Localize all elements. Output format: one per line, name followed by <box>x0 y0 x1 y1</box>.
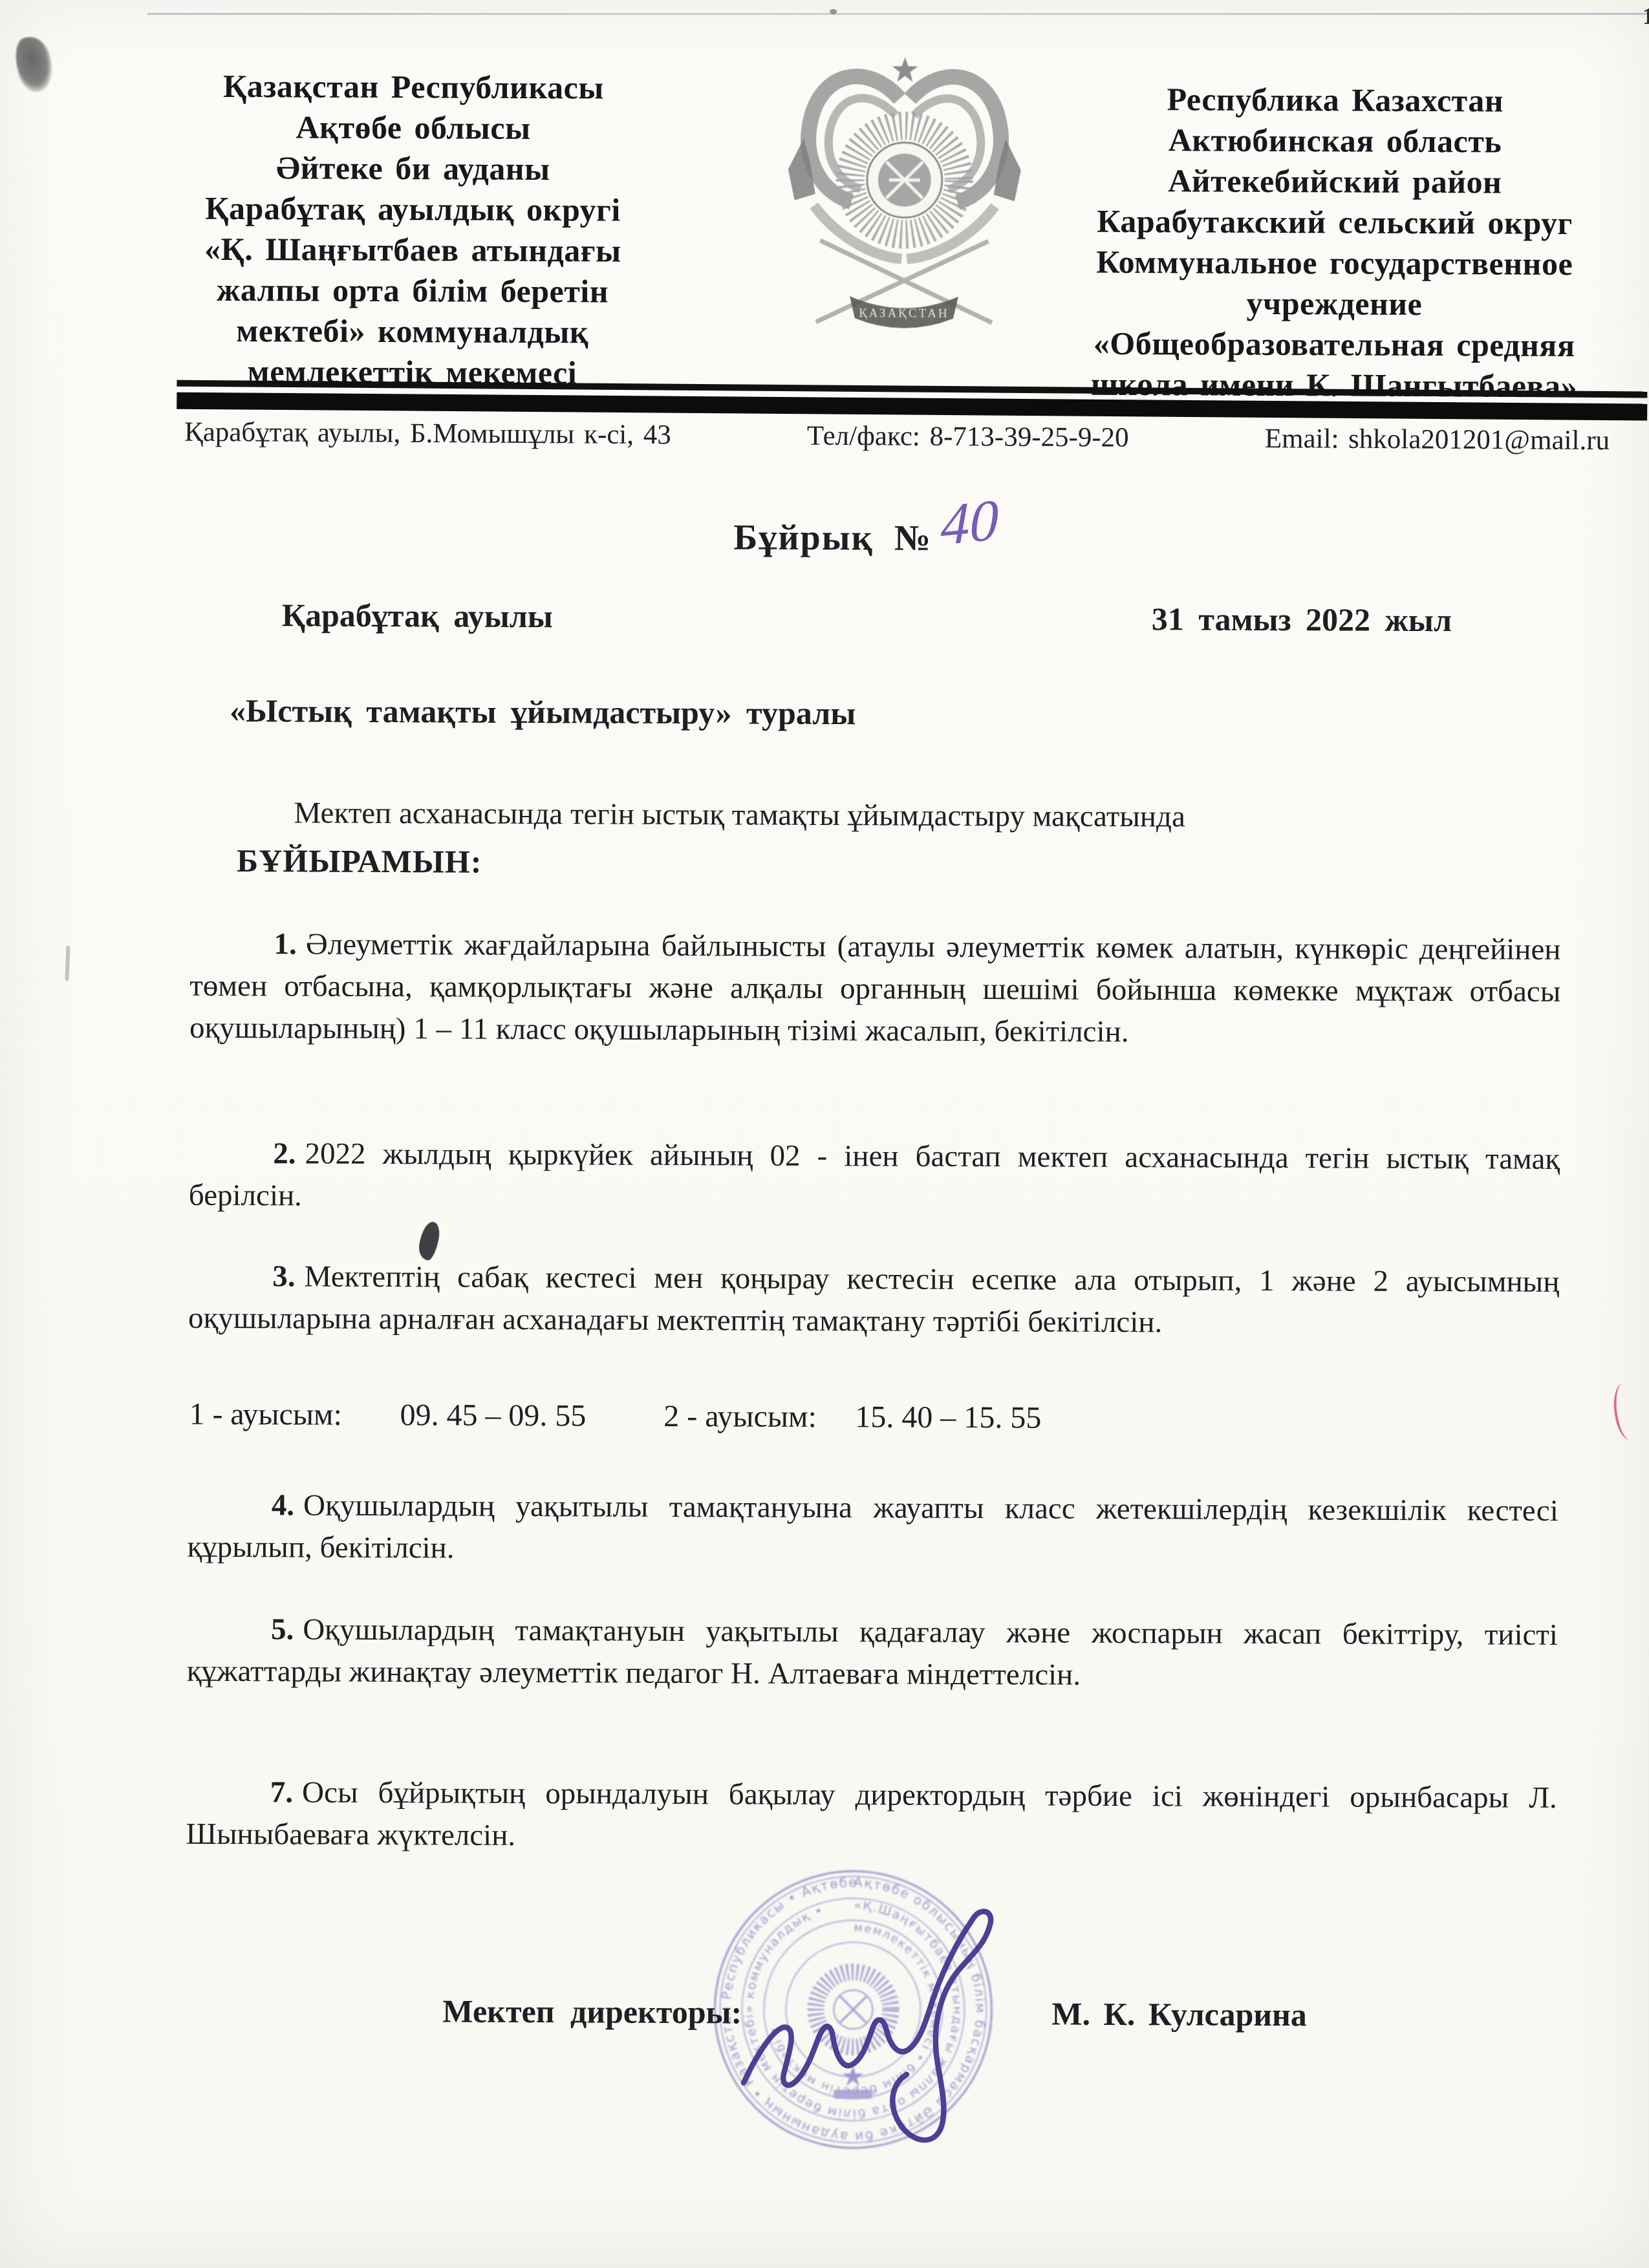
scanned-order-document: 1 Қазақстан Республикасы Ақтөбе облысы Ә… <box>0 0 1649 2268</box>
shift1-time: 09. 45 – 09. 55 <box>400 1397 586 1433</box>
item-text: Оқушылардың тамақтануын уақытылы қадағал… <box>187 1613 1558 1692</box>
scan-artifact-ink-blob <box>417 1220 442 1261</box>
header-left-line: Қарабұтақ ауылдық округі <box>109 187 717 231</box>
order-item-1: 1.Әлеуметтік жағдайларына байлынысты (ат… <box>189 923 1561 1055</box>
shift1-label: 1 - ауысым: <box>189 1396 342 1433</box>
item-text: Оқушылардың уақытылы тамақтануына жауапт… <box>187 1489 1558 1565</box>
address-email: Email: shkola201201@mail.ru <box>1265 423 1610 456</box>
scan-artifact-red-mark <box>1611 1382 1643 1441</box>
header-left-line: Қазақстан Республикасы <box>109 65 717 109</box>
item-text: Әлеуметтік жағдайларына байлынысты (атау… <box>189 928 1561 1049</box>
emblem-banner-text: ҚАЗАҚСТАН <box>859 306 949 321</box>
item-number: 4. <box>272 1488 294 1522</box>
order-number-handwritten: 40 <box>940 486 998 559</box>
signature-label: Мектеп директоры: <box>442 1992 742 2031</box>
header-right-line: учреждение <box>1032 282 1637 325</box>
item-number: 3. <box>272 1259 295 1293</box>
item-number: 2. <box>273 1137 296 1170</box>
order-subject: «Ыстық тамақты ұйымдастыру» туралы <box>230 692 856 732</box>
scan-artifact-tick <box>65 946 70 981</box>
item-number: 1. <box>274 927 297 961</box>
order-title: Бұйрық № <box>733 517 932 559</box>
address-location: Қарабұтақ ауылы, Б.Момышұлы к-сі, 43 <box>184 416 671 451</box>
emblem-star-icon <box>892 57 918 81</box>
header-right-column: Республика Казахстан Актюбинская область… <box>1031 78 1637 407</box>
header-right-line: Республика Казахстан <box>1033 78 1637 122</box>
order-item-5: 5.Оқушылардың тамақтануын уақытылы қадағ… <box>187 1609 1558 1698</box>
address-phone: Тел/факс: 8-713-39-25-9-20 <box>807 420 1129 454</box>
stamp-rings: Ақтөбе облысының білім басқармасы Әйтеке… <box>700 1855 992 2148</box>
header-left-line: «Қ. Шаңғытбаев атындағы <box>109 228 717 272</box>
header-left-line: мектебі» коммуналдық <box>109 310 717 353</box>
header-right-line: Айтекебийский район <box>1033 160 1637 203</box>
header-right-line: Коммунальное государственное <box>1032 241 1637 284</box>
document-sheet: Қазақстан Республикасы Ақтөбе облысы Әйт… <box>0 0 1649 2268</box>
order-place: Қарабұтақ ауылы <box>282 596 553 635</box>
school-stamp: Ақтөбе облысының білім басқармасы Әйтеке… <box>700 1855 1038 2166</box>
item-text: Мектептің сабақ кестесі мен қоңырау кест… <box>188 1260 1559 1340</box>
order-intro: Мектеп асханасында тегін ыстық тамақты ұ… <box>190 791 1561 840</box>
order-item-4: 4.Оқушылардың уақытылы тамақтануына жауа… <box>187 1484 1558 1574</box>
header-left-column: Қазақстан Республикасы Ақтөбе облысы Әйт… <box>108 65 717 394</box>
item-number: 5. <box>271 1612 294 1646</box>
address-line: Қарабұтақ ауылы, Б.Момышұлы к-сі, 43 Тел… <box>184 416 1610 456</box>
header-right-line: Карабутакский сельский округ <box>1032 200 1637 244</box>
header-left-line: Әйтеке би ауданы <box>109 147 717 190</box>
item-text: 2022 жылдың қыркүйек айының 02 - інен ба… <box>189 1137 1560 1213</box>
shift2-time: 15. 40 – 15. 55 <box>855 1399 1041 1435</box>
header-right-line: Актюбинская область <box>1033 119 1637 162</box>
order-item-2: 2.2022 жылдың қыркүйек айының 02 - інен … <box>189 1133 1560 1223</box>
order-date: 31 тамыз 2022 жыл <box>1152 600 1452 639</box>
order-item-7: 7.Осы бұйрықтың орындалуын бақылау дирек… <box>186 1771 1557 1861</box>
shift2-label: 2 - ауысым: <box>663 1398 817 1435</box>
kazakhstan-emblem-icon: ҚАЗАҚСТАН <box>775 43 1035 341</box>
item-number: 7. <box>270 1775 293 1809</box>
signature-name: М. К. Кулсарина <box>1051 1995 1307 2034</box>
header-right-line: «Общеобразовательная средняя <box>1032 323 1637 366</box>
item-text: Осы бұйрықтың орындалуын бақылау директо… <box>186 1776 1557 1852</box>
header-left-line: жалпы орта білім беретін <box>109 269 717 312</box>
decree-word: БҰЙЫРАМЫН: <box>237 842 482 881</box>
order-item-3: 3.Мектептің сабақ кестесі мен қоңырау ке… <box>188 1256 1560 1345</box>
header-left-line: Ақтөбе облысы <box>109 106 717 149</box>
